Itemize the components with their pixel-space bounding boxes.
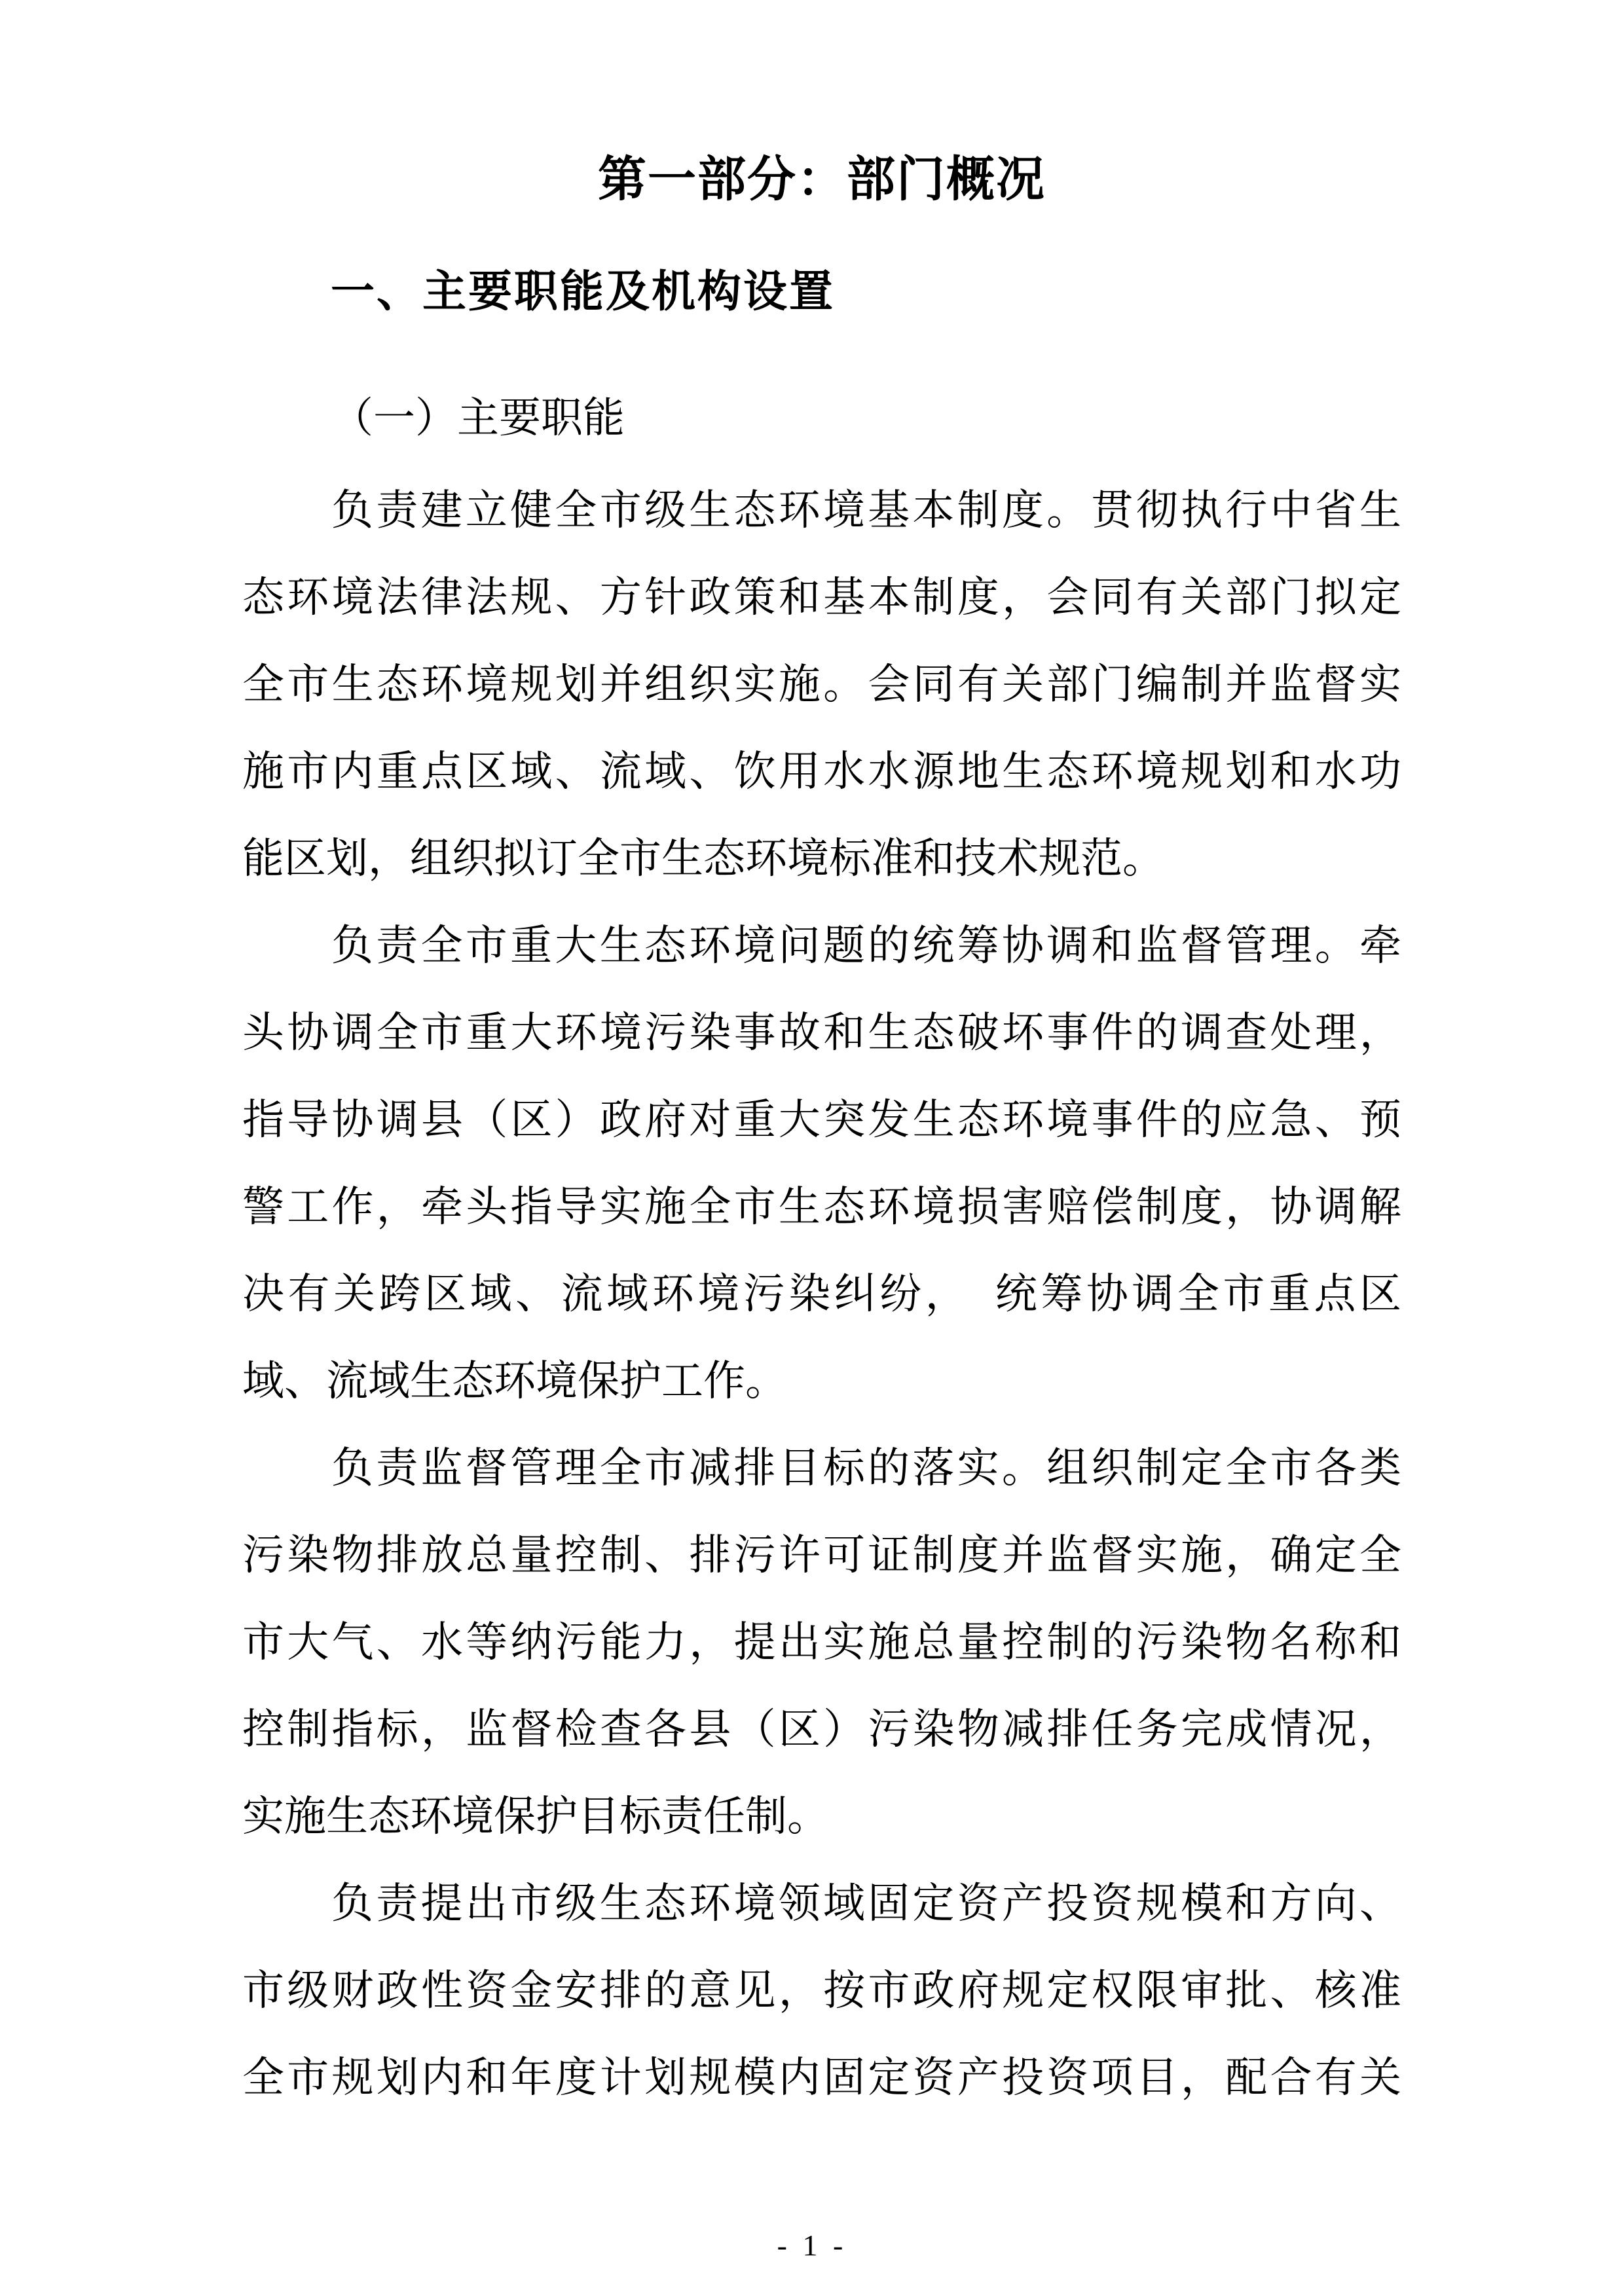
text-line: 全市规划内和年度计划规模内固定资产投资项目，配合有关 [242,2034,1401,2121]
text-line: 市大气、水等纳污能力，提出实施总量控制的污染物名称和 [242,1599,1401,1686]
text-line: 域、流域生态环境保护工作。 [242,1338,1401,1425]
text-line: 态环境法律法规、方针政策和基本制度，会同有关部门拟定 [242,554,1401,641]
text-line: 负责提出市级生态环境领域固定资产投资规模和方向、 [242,1860,1401,1947]
text-line: 负责建立健全市级生态环境基本制度。贯彻执行中省生 [242,467,1401,554]
text-line: 实施生态环境保护目标责任制。 [242,1773,1401,1860]
paragraph: 负责提出市级生态环境领域固定资产投资规模和方向、市级财政性资金安排的意见，按市政… [242,1860,1401,2121]
subsection-heading: （一）主要职能 [242,397,1401,439]
text-line: 负责监督管理全市减排目标的落实。组织制定全市各类 [242,1425,1401,1512]
text-line: 能区划，组织拟订全市生态环境标准和技术规范。 [242,815,1401,902]
text-line: 负责全市重大生态环境问题的统筹协调和监督管理。牵 [242,902,1401,989]
document-body: 负责建立健全市级生态环境基本制度。贯彻执行中省生态环境法律法规、方针政策和基本制… [242,467,1401,2121]
page-number: - 1 - [0,2229,1624,2263]
paragraph: 负责全市重大生态环境问题的统筹协调和监督管理。牵头协调全市重大环境污染事故和生态… [242,902,1401,1425]
text-line: 全市生态环境规划并组织实施。会同有关部门编制并监督实 [242,641,1401,728]
text-line: 市级财政性资金安排的意见，按市政府规定权限审批、核准 [242,1947,1401,2034]
text-line: 指导协调县（区）政府对重大突发生态环境事件的应急、预 [242,1076,1401,1163]
document-page: 第一部分：部门概况 一、主要职能及机构设置 （一）主要职能 负责建立健全市级生态… [0,0,1624,2296]
text-line: 施市内重点区域、流域、饮用水水源地生态环境规划和水功 [242,728,1401,815]
paragraph: 负责监督管理全市减排目标的落实。组织制定全市各类污染物排放总量控制、排污许可证制… [242,1425,1401,1860]
paragraph: 负责建立健全市级生态环境基本制度。贯彻执行中省生态环境法律法规、方针政策和基本制… [242,467,1401,902]
page-title: 第一部分：部门概况 [242,155,1401,204]
section-heading: 一、主要职能及机构设置 [242,270,1401,314]
text-line: 控制指标，监督检查各县（区）污染物减排任务完成情况， [242,1686,1401,1773]
text-line: 决有关跨区域、流域环境污染纠纷， 统筹协调全市重点区 [242,1250,1401,1338]
text-line: 警工作，牵头指导实施全市生态环境损害赔偿制度，协调解 [242,1163,1401,1250]
text-line: 头协调全市重大环境污染事故和生态破坏事件的调查处理， [242,989,1401,1076]
text-line: 污染物排放总量控制、排污许可证制度并监督实施，确定全 [242,1512,1401,1599]
